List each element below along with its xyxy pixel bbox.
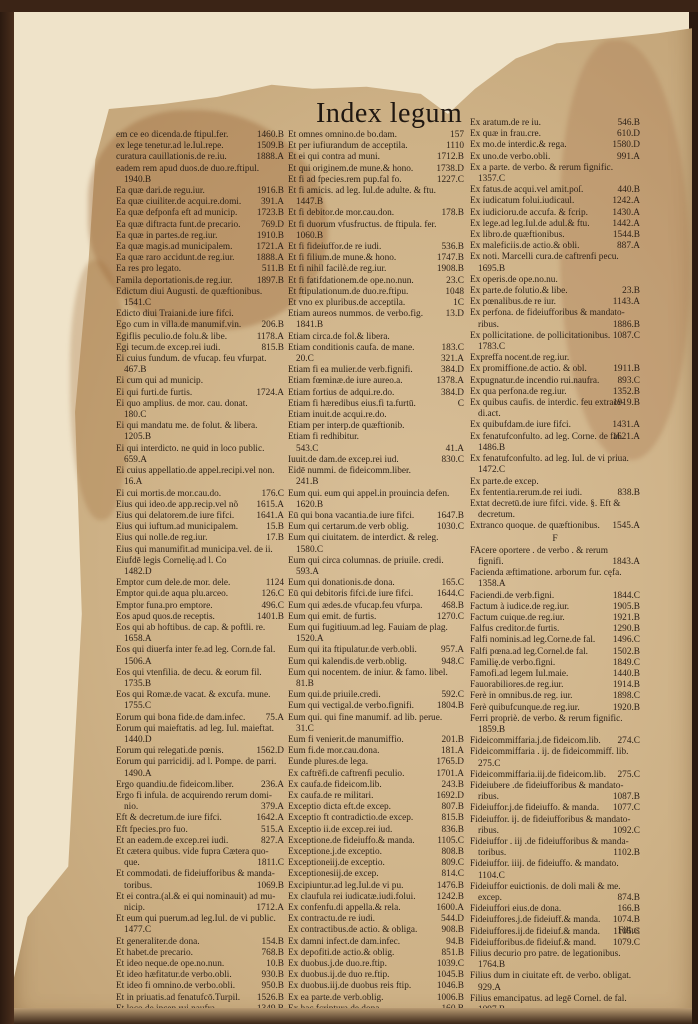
entry-reference: 1352.B	[613, 387, 640, 398]
index-entry: Ex contractibus.de actio. & obliga.908.B	[288, 925, 464, 936]
entry-text: Ei qui mandatu me. de folut. & libera.	[116, 421, 257, 432]
entry-reference: 13.D	[446, 309, 464, 320]
entry-reference: 536.B	[442, 242, 464, 253]
index-entry: Et qui originem.de mune.& hono.1738.D	[288, 164, 464, 175]
entry-reference: 1440.B	[613, 669, 640, 680]
index-entry: Faciendi.de verb.figni.1844.C	[470, 591, 640, 602]
index-entry: Eorum qui bona fide.de dam.infec.75.A	[116, 713, 284, 724]
entry-text: Eum qui. qui fine manumif. ad lib. perue…	[288, 713, 442, 724]
index-entry: Etiam fœminæ.de iure aureo.a.1378.A	[288, 376, 464, 387]
entry-text: que.	[124, 858, 140, 869]
index-entry: Filius dum in ciuitate eft. de verbo. ob…	[470, 971, 640, 982]
entry-reference: 75.A	[266, 713, 284, 724]
entry-reference: 1765.D	[436, 757, 464, 768]
index-entry: Eum qui fugitiuum.ad leg. Fauiam de plag…	[288, 623, 464, 634]
index-entry: Et ideo hæfitatur.de verbo.obli.930.B	[116, 970, 284, 981]
entry-text: 1482.D	[124, 567, 152, 578]
entry-text: Falfi pœna.ad leg.Cornel.de fal.	[470, 647, 588, 658]
entry-text: ribus.	[478, 792, 499, 803]
entry-reference: 809.C	[442, 858, 464, 869]
index-entry: Etiam aureos nummos. de verbo.fig.13.D	[288, 309, 464, 320]
entry-reference: 1045.B	[437, 970, 464, 981]
index-entry: Et generaliter.de dona.154.B	[116, 937, 284, 948]
entry-text: 659.A	[124, 455, 147, 466]
entry-text: 1783.C	[478, 342, 505, 353]
index-entry: Eorum qui maieftatis. ad leg. Iul. maief…	[116, 724, 284, 735]
index-entry: Ei quo amplius. de mor. cau. donat.	[116, 399, 284, 410]
index-entry: 543.C41.A	[288, 444, 464, 455]
index-entry: Eos qui Romæ.de vacat. & excufa. mune.	[116, 690, 284, 701]
index-entry: Ex quæ in frau.cre.610.D	[470, 129, 640, 140]
entry-text: 1490.A	[124, 769, 152, 780]
entry-text: Ex aratum.de re iu.	[470, 118, 541, 129]
index-entry: Emptor cum dele.de mor. dele.1124	[116, 578, 284, 589]
index-entry: Etiam fi ea mulier.de verb.fignifi.384.D	[288, 365, 464, 376]
index-entry: Eiufdē legis Cornelię.ad l. Co	[116, 556, 284, 567]
entry-reference: 206.B	[262, 320, 284, 331]
entry-reference: 1502.B	[613, 647, 640, 658]
entry-text: Et qui originem.de mune.& hono.	[288, 164, 413, 175]
entry-text: Et fi debitor.de mor.cau.don.	[288, 208, 394, 219]
index-entry: 1735.B	[116, 679, 284, 690]
index-entry: Et cætera quibus. vide fupra Cætera quo-	[116, 847, 284, 858]
entry-text: Et fi fatifdationem.de ope.no.nun.	[288, 276, 414, 287]
entry-text: 1520.A	[296, 634, 324, 645]
index-entry: 1764.B	[470, 960, 640, 971]
index-entry: Eum qui nocentem. de iniur. & famo. libe…	[288, 668, 464, 679]
index-entry: Ex duobus.j.de duo.re.ftip.1039.C	[288, 959, 464, 970]
entry-text: 1486.B	[478, 443, 505, 454]
index-entry: Ex maleficiis.de actio.& obli.887.A	[470, 241, 640, 252]
entry-reference: 165.C	[442, 578, 464, 589]
entry-reference: 1921.B	[613, 613, 640, 624]
index-entry: Egiflis peculio.de folu.& libe.1178.A	[116, 332, 284, 343]
index-entry: 1841.B	[288, 320, 464, 331]
entry-text: 1658.A	[124, 634, 152, 645]
index-entry: Ex caufa.de re militari.1692.D	[288, 791, 464, 802]
entry-reference: 1642.A	[256, 813, 284, 824]
entry-text: 1358.A	[478, 579, 506, 590]
entry-reference: 154.B	[262, 937, 284, 948]
entry-text: Eum qui kalendis.de verb.oblig.	[288, 657, 407, 668]
index-entry: 1658.A	[116, 634, 284, 645]
entry-reference: 1079.C	[613, 938, 640, 949]
entry-text: Fideiuffori eius.de dona.	[470, 904, 561, 915]
index-entry: Et fi filium.de mune.& hono.1747.B	[288, 253, 464, 264]
entry-text: Ex mo.de interdic.& rega.	[470, 140, 567, 151]
index-entry: Eum qui ciuitatem. de interdict. & releg…	[288, 533, 464, 544]
index-entry: Iuuit.de dam.de excep.rei iud.830.C	[288, 455, 464, 466]
entry-reference: 1888.A	[256, 253, 284, 264]
entry-reference: 1723.B	[257, 208, 284, 219]
index-entry: 20.C321.A	[288, 354, 464, 365]
entry-text: Eum qui nocentem. de iniur. & famo. libe…	[288, 668, 448, 679]
entry-reference: 1738.D	[436, 164, 464, 175]
entry-text: Eius qui nolle.de reg.iur.	[116, 533, 207, 544]
index-entry: 31.C	[288, 724, 464, 735]
index-entry: 1104.C	[470, 871, 640, 882]
entry-text: Ferè in omnibus.de reg. iur.	[470, 691, 573, 702]
entry-text: Etiam fi redhibitur.	[288, 432, 359, 443]
entry-text: Ex promiffione.de actio. & obl.	[470, 364, 587, 375]
index-entry: Eft & decretum.de iure fifci.1642.A	[116, 813, 284, 824]
entry-text: Exceptio ii.de excep.rei iud.	[288, 825, 392, 836]
entry-text: Ex pollicitatione. de pollicitationibus.	[470, 331, 610, 342]
entry-text: Fideiubere .de fideiufforibus & mandato-	[470, 781, 623, 792]
index-entry: Edicto diui Traiani.de iure fifci.	[116, 309, 284, 320]
index-entry: 1440.D	[116, 735, 284, 746]
index-entry: Fideicommiffaria . ij. de fideicommiff. …	[470, 747, 640, 758]
entry-text: Exceptione.de fideiuffo.& manda.	[288, 836, 415, 847]
entry-text: Ea quæ dari.de regu.iur.	[116, 186, 205, 197]
entry-reference: 176.C	[262, 489, 284, 500]
entry-text: Etiam fi hæredibus eius.fi ta.furtū.	[288, 399, 416, 410]
entry-text: 1477.C	[124, 925, 151, 936]
index-entry: Eunde plures.de lega.1765.D	[288, 757, 464, 768]
index-entry: Eius qui manumifit.ad municipa.vel. de i…	[116, 545, 284, 556]
entry-reference: 15.B	[266, 522, 284, 533]
entry-reference: 1644.C	[437, 589, 464, 600]
entry-text: Ex parte.de folutio.& libe.	[470, 286, 568, 297]
index-entry: Ex promiffione.de actio. & obl.1911.B	[470, 364, 640, 375]
entry-reference: 17.B	[266, 533, 284, 544]
entry-reference: 1701.A	[436, 769, 464, 780]
entry-reference: 874.B	[618, 893, 640, 904]
entry-reference: 1721.A	[256, 242, 284, 253]
index-entry: 16.A	[116, 477, 284, 488]
entry-text: Ei quo amplius. de mor. cau. donat.	[116, 399, 248, 410]
entry-reference: 181.A	[441, 746, 464, 757]
entry-reference: 1242.A	[612, 196, 640, 207]
entry-text: di.act.	[478, 409, 501, 420]
index-entry: Ex caftrēfi.de caftrenfi peculio.1701.A	[288, 769, 464, 780]
entry-text: Ei qui interdicto. ne quid in loco publi…	[116, 444, 264, 455]
entry-text: Eiufdē legis Cornelię.ad l. Co	[116, 556, 227, 567]
entry-text: Et habet.de precario.	[116, 948, 193, 959]
index-entry: Fideiuffor. iiij. de fideiuffo. & mandat…	[470, 859, 640, 870]
entry-reference: 1562.D	[256, 746, 284, 757]
entry-reference: 511.B	[262, 264, 284, 275]
entry-text: Et omnes omnino.de bo.dam.	[288, 130, 397, 141]
index-entry: 241.B	[288, 477, 464, 488]
index-entry: 1205.B	[116, 432, 284, 443]
index-entry: Famofi.ad legem Iul.maie.1440.B	[470, 669, 640, 680]
entry-text: Ex iudicioru.de accufa. & fcrip.	[470, 208, 588, 219]
entry-reference: 1092.C	[613, 826, 640, 837]
entry-reference: 814.C	[442, 869, 464, 880]
index-entry: Eum qui.de priuile.credi.592.C	[288, 690, 464, 701]
entry-text: Et eum qui puerum.ad leg.Iul. de vi publ…	[116, 914, 276, 925]
index-entry: Ex perfona. de fideiufforibus & mandato-	[470, 308, 640, 319]
index-entry: Fideiuffori eius.de dona.166.B	[470, 904, 640, 915]
entry-text: 20.C	[296, 354, 314, 365]
entry-text: Fideicommiffaria.iij.de fideicom.lib.	[470, 770, 606, 781]
entry-text: 593.A	[296, 567, 319, 578]
index-entry: Et fi fideiuffor.de re iudi.536.B	[288, 242, 464, 253]
entry-reference: 1600.A	[436, 903, 464, 914]
index-entry: ribus.1087.B	[470, 792, 640, 803]
entry-text: em ce eo dicenda.de ftipul.fer.	[116, 130, 228, 141]
entry-text: Et fi duorum vfusfructus. de ftipula. fe…	[288, 220, 436, 231]
index-entry: Ex uno.de verbo.obli.991.A	[470, 152, 640, 163]
entry-text: 1541.C	[124, 298, 151, 309]
entry-text: Et per iufiurandum de acceptila.	[288, 141, 408, 152]
index-entry: Etiam circa.de fol.& libera.	[288, 332, 464, 343]
entry-text: Edicto diui Traiani.de iure fifci.	[116, 309, 234, 320]
index-entry: Ei cui mortis.de mor.cau.do.176.C	[116, 489, 284, 500]
entry-text: Ex operis.de ope.no.nu.	[470, 275, 558, 286]
entry-text: 275.C	[478, 759, 500, 770]
entry-text: 81.B	[296, 679, 314, 690]
entry-text: 241.B	[296, 477, 318, 488]
index-entry: Ex caufa.de fideicom.lib.243.B	[288, 780, 464, 791]
entry-text: Eorum qui parricidij. ad l. Pompe. de pa…	[116, 757, 276, 768]
entry-reference: 1724.A	[256, 388, 284, 399]
entry-reference: 1712.A	[256, 903, 284, 914]
entry-text: Fideicommiffaria . ij. de fideicommiff. …	[470, 747, 628, 758]
index-entry: Et in priuatis.ad fenatufcō.Turpil.1526.…	[116, 993, 284, 1004]
index-entry: Extranco quoque. de quæftionibus.1545.A	[470, 521, 640, 532]
entry-text: Et ftipulationum.de duo.re.ftipu.	[288, 287, 408, 298]
index-entry: Excipiuntur.ad leg.Iul.de vi pu.1476.B	[288, 881, 464, 892]
entry-text: Eum fi venierit.de manumiffio.	[288, 735, 404, 746]
entry-text: Excipiuntur.ad leg.Iul.de vi pu.	[288, 881, 403, 892]
index-entry: 81.B	[288, 679, 464, 690]
entry-reference: 157	[450, 130, 464, 141]
entry-text: Eorum qui maieftatis. ad leg. Iul. maief…	[116, 724, 274, 735]
entry-text: Fideicommiffaria.j.de fideicom.lib.	[470, 736, 601, 747]
entry-text: Ex perfona. de fideiufforibus & mandato-	[470, 308, 625, 319]
entry-text: Eum fi.de mor.cau.dona.	[288, 746, 379, 757]
entry-text: Eft fpecies.pro fuo.	[116, 825, 188, 836]
index-entry: Et vno ex pluribus.de acceptila.1C	[288, 298, 464, 309]
entry-text: Ei cuius appellatio.de appel.recipi.vel …	[116, 466, 275, 477]
entry-reference: 1916.B	[257, 186, 284, 197]
index-entry: Fideiuffores.ij.de fideiuf.& manda.1105.…	[470, 927, 640, 938]
entry-reference: 1069.B	[257, 881, 284, 892]
entry-reference: 1526.B	[257, 993, 284, 1004]
entry-text: excep.	[478, 893, 502, 904]
index-entry: Eum qui ita ftipulatur.de verb.obli.957.…	[288, 645, 464, 656]
entry-text: fignifi.	[478, 557, 504, 568]
entry-text: Emptor qui.de aqua plu.arceo.	[116, 589, 228, 600]
entry-reference: 1888.A	[256, 152, 284, 163]
entry-text: Ergo fi infula. de acquirendo rerum domi…	[116, 791, 272, 802]
index-entry: 1695.B	[470, 264, 640, 275]
entry-text: Et ideo hæfitatur.de verbo.obli.	[116, 970, 232, 981]
entry-text: 1447.B	[296, 197, 323, 208]
entry-text: Ex uno.de verbo.obli.	[470, 152, 550, 163]
entry-text: Eum qui fugitiuum.ad leg. Fauiam de plag…	[288, 623, 448, 634]
index-entry: ex lege tenetur.ad le.Iul.repe.1509.B	[116, 141, 284, 152]
entry-text: 1755.C	[124, 701, 151, 712]
index-entry: Ei cum qui ad municip.	[116, 376, 284, 387]
index-entry: Ex parte.de folutio.& libe.23.B	[470, 286, 640, 297]
index-entry: Et commodati. de fideiufforibus & manda-	[116, 869, 284, 880]
entry-text: Fideiufforibus.de fideiuf.& mand.	[470, 938, 596, 949]
entry-text: Ex claufula rei iudicatæ.iudi.folui.	[288, 892, 416, 903]
entry-text: 16.A	[124, 477, 142, 488]
entry-text: Et cætera quibus. vide fupra Cætera quo-	[116, 847, 269, 858]
entry-text: 180.C	[124, 410, 146, 421]
entry-reference: 1110	[446, 141, 464, 152]
entry-text: Ex duobus.j.de duo.re.ftip.	[288, 959, 387, 970]
index-entry: Ei qui furti.de furtis.1724.A	[116, 388, 284, 399]
entry-reference: 1914.B	[613, 680, 640, 691]
entry-reference: 275.C	[618, 770, 640, 781]
entry-text: Ex contractibus.de actio. & obliga.	[288, 925, 417, 936]
entry-reference: 1898.C	[613, 691, 640, 702]
entry-reference: 1544.B	[613, 230, 640, 241]
entry-text: Eft & decretum.de iure fifci.	[116, 813, 222, 824]
index-entry: Ex duobus.iij.de duobus reis ftip.1046.B	[288, 981, 464, 992]
index-entry: Ex aratum.de re iu.546.B	[470, 118, 640, 129]
index-entry: Ei cuius appellatio.de appel.recipi.vel …	[116, 466, 284, 477]
entry-text: Ea quæ raro accidunt.de reg.iur.	[116, 253, 235, 264]
index-entry: que.1811.C	[116, 858, 284, 869]
entry-reference: 321.A	[441, 354, 464, 365]
index-entry: Et fi nihil facilè.de reg.iur.1908.B	[288, 264, 464, 275]
entry-text: Eos apud quos.de receptis.	[116, 612, 215, 623]
entry-text: Iuuit.de dam.de excep.rei iud.	[288, 455, 399, 466]
index-entry: Fideiuffor euictionis. de doli mali & me…	[470, 882, 640, 893]
entry-reference: 1844.C	[613, 591, 640, 602]
entry-reference: 838.B	[618, 488, 640, 499]
entry-reference: 1849.C	[613, 658, 640, 669]
entry-reference: 544.D	[441, 914, 464, 925]
entry-text: 31.C	[296, 724, 314, 735]
catchword: Filius	[618, 926, 640, 936]
entry-text: Eidē nummi. de fideicomm.liber.	[288, 466, 411, 477]
entry-text: Emptor funa.pro emptore.	[116, 601, 213, 612]
index-entry: Ex iudicatum folui.iudicaul.1242.A	[470, 196, 640, 207]
entry-reference: 178.B	[442, 208, 464, 219]
index-entry: FAcere oportere . de verbo . & rerum	[470, 546, 640, 557]
entry-text: Ea res pro legato.	[116, 264, 181, 275]
entry-reference: 957.A	[441, 645, 464, 656]
index-entry: Etiam fi redhibitur.	[288, 432, 464, 443]
index-entry: 1472.C	[470, 465, 640, 476]
entry-text: Extranco quoque. de quæftionibus.	[470, 521, 600, 532]
entry-text: Factum cuique.de reg.iur.	[470, 613, 565, 624]
entry-text: Ex iudicatum folui.iudicaul.	[470, 196, 574, 207]
entry-reference: 851.B	[442, 948, 464, 959]
entry-reference: 126.C	[262, 589, 284, 600]
index-entry: Eos qui vtenfilia. de decu. & eorum fil.	[116, 668, 284, 679]
entry-reference: 1242.B	[437, 892, 464, 903]
entry-reference: 384.D	[441, 365, 464, 376]
index-entry: Ex pœnalibus.de re iur.1143.A	[470, 297, 640, 308]
entry-reference: 1580.D	[612, 140, 640, 151]
index-entry: Ea quæ diftracta funt.de precario.769.D	[116, 220, 284, 231]
entry-text: Et ei contra.(al.& ei qui nominauit) ad …	[116, 892, 275, 903]
entry-text: Ex quæ in frau.cre.	[470, 129, 541, 140]
entry-text: 1695.B	[478, 264, 505, 275]
entry-reference: 836.B	[442, 825, 464, 836]
index-entry: Eorum qui relegati.de pœnis.1562.D	[116, 746, 284, 757]
entry-text: Filius dum in ciuitate eft. de verbo. ob…	[470, 971, 631, 982]
index-entry: 1447.B	[288, 197, 464, 208]
entry-text: Eorum qui relegati.de pœnis.	[116, 746, 224, 757]
entry-text: Fideiuffor.j.de fideiuffo. & manda.	[470, 803, 599, 814]
entry-text: Eunde plures.de lega.	[288, 757, 368, 768]
entry-reference: 1886.B	[613, 320, 640, 331]
entry-text: Edictum diui Augusti. de quæftionibus.	[116, 287, 262, 298]
index-entry: Ex confenfu.di appella.& rela.1600.A	[288, 903, 464, 914]
entry-reference: 1476.B	[437, 881, 464, 892]
entry-text: Ex fenatufconfulto. ad leg. Iul. de vi p…	[470, 454, 629, 465]
entry-reference: 908.B	[442, 925, 464, 936]
entry-reference: 1430.A	[612, 208, 640, 219]
entry-reference: 1747.B	[437, 253, 464, 264]
index-entry: Fideicommiffaria.j.de fideicom.lib.274.C	[470, 736, 640, 747]
index-entry: Eum fi venierit.de manumiffio.201.B	[288, 735, 464, 746]
entry-text: Etiam fœminæ.de iure aureo.a.	[288, 376, 403, 387]
index-entry: Exceptio ii.de excep.rei iud.836.B	[288, 825, 464, 836]
index-entry: Expugnatur.de incendio rui.naufra.893.C	[470, 376, 640, 387]
index-entry: Fideiuffor . iij .de fideiufforibus & ma…	[470, 837, 640, 848]
index-entry: Falfus creditor.de furtis.1290.B	[470, 624, 640, 635]
index-entry: Eū qui bona vacantia.de iure fifci.1647.…	[288, 511, 464, 522]
index-entry: Et habet.de precario.768.B	[116, 948, 284, 959]
index-entry: Egi tecum.de excep.rei iudi.815.B	[116, 343, 284, 354]
entry-text: Fideiuffor. iiij. de fideiuffo. & mandat…	[470, 859, 619, 870]
entry-reference: 815.B	[262, 343, 284, 354]
index-entry: 1477.C	[116, 925, 284, 936]
entry-text: Egiflis peculio.de folu.& libe.	[116, 332, 227, 343]
index-entry: Eum qui. eum qui appel.in prouincia defe…	[288, 489, 464, 500]
entry-text: Expreffa nocent.de reg.iur.	[470, 353, 569, 364]
entry-text: Ei qui furti.de furtis.	[116, 388, 192, 399]
index-entry: Eius qui delatorem.de iure fifci.1641.A	[116, 511, 284, 522]
index-entry: Exceptione.j.de exceptio.808.B	[288, 847, 464, 858]
entry-reference: 1401.B	[257, 612, 284, 623]
entry-reference: 1087.B	[613, 792, 640, 803]
entry-text: Eum qui ædes.de vfucap.feu vfurpa.	[288, 601, 423, 612]
entry-text: Extat decretū.de iure fifci. vide. §. Ef…	[470, 499, 621, 510]
index-entry: Fideiubere .de fideiufforibus & mandato-	[470, 781, 640, 792]
index-entry: Et ei contra.(al.& ei qui nominauit) ad …	[116, 892, 284, 903]
entry-text: eadem rem apud duos.de duo.re.ftipul.	[116, 164, 259, 175]
entry-text: 1440.D	[124, 735, 152, 746]
index-entry: Eius qui ideo.de app.recip.vel nõ1615.A	[116, 500, 284, 511]
entry-text: Eum qui. eum qui appel.in prouincia defe…	[288, 489, 449, 500]
entry-reference: 1046.B	[437, 981, 464, 992]
entry-text: 1841.B	[296, 320, 323, 331]
entry-reference: 23.C	[446, 276, 464, 287]
entry-text: 1940.B	[124, 175, 151, 186]
entry-text: Ex qua perfona.de reg.iur.	[470, 387, 567, 398]
entry-text: Fauorabiliores.de reg.iur.	[470, 680, 563, 691]
entry-text: Exceptioneiij.de exceptio.	[288, 858, 385, 869]
index-entry: Ex damni infect.de dam.infec.94.B	[288, 937, 464, 948]
entry-text: FAcere oportere . de verbo . & rerum	[470, 546, 608, 557]
index-entry: Ex pollicitatione. de pollicitationibus.…	[470, 331, 640, 342]
entry-text: Ei cuius fundum. de vfucap. feu vfurpat.	[116, 354, 267, 365]
index-entry: ribus.1886.B	[470, 320, 640, 331]
entry-text: Eum qui ita ftipulatur.de verb.obli.	[288, 645, 417, 656]
index-entry: Ex fententia.rerum.de rei iudi.838.B	[470, 488, 640, 499]
index-entry: curatura cauillationis.de re.iu.1888.A	[116, 152, 284, 163]
entry-reference: 887.A	[617, 241, 640, 252]
entry-reference: 1910.B	[257, 231, 284, 242]
index-entry: Expreffa nocent.de reg.iur.	[470, 353, 640, 364]
index-column-1: em ce eo dicenda.de ftipul.fer.1460.Bex …	[116, 130, 284, 1024]
entry-text: Emptor cum dele.de mor. dele.	[116, 578, 230, 589]
index-entry: Eum qui kalendis.de verb.oblig.948.C	[288, 657, 464, 668]
entry-reference: 23.B	[622, 286, 640, 297]
entry-text: Ei cum qui ad municip.	[116, 376, 203, 387]
